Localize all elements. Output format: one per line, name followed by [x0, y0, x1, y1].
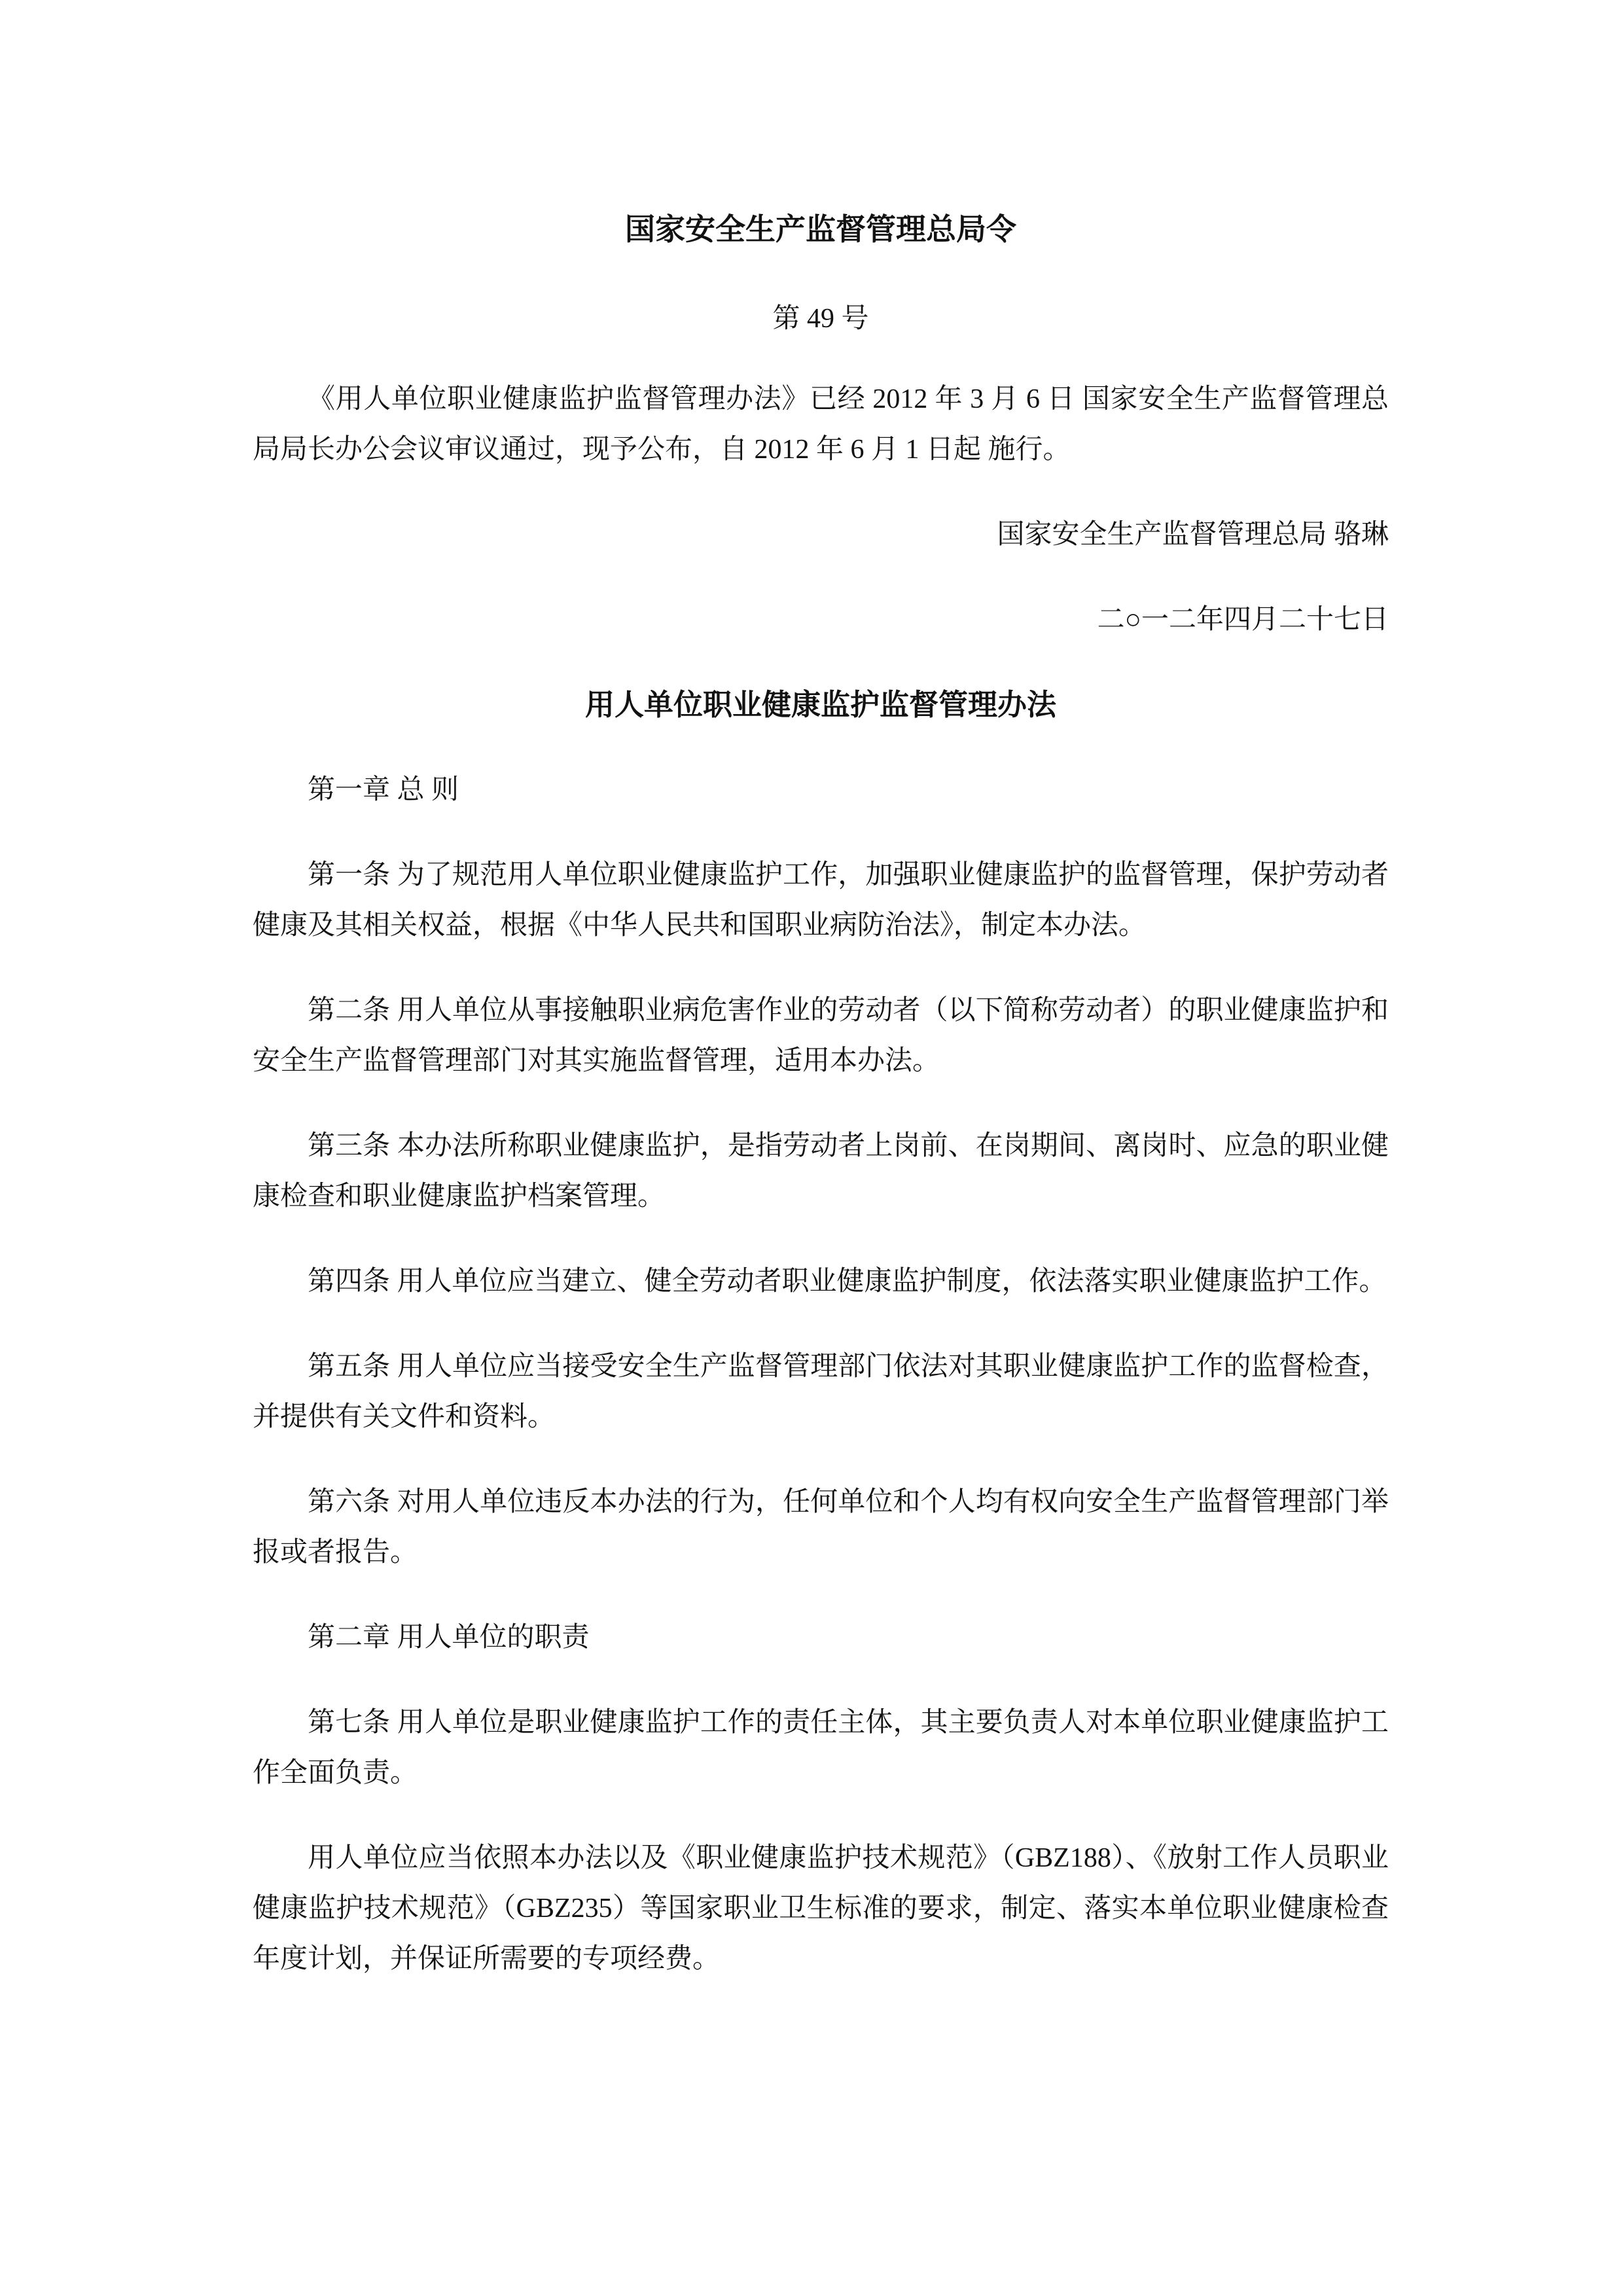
article-paragraph: 第二条 用人单位从事接触职业病危害作业的劳动者（以下简称劳动者）的职业健康监护和… — [253, 986, 1389, 1086]
signature-line: 国家安全生产监督管理总局 骆琳 — [253, 510, 1389, 560]
article-paragraph: 第六条 对用人单位违反本办法的行为，任何单位和个人均有权向安全生产监督管理部门举… — [253, 1477, 1389, 1578]
doc-title: 国家安全生产监督管理总局令 — [253, 204, 1389, 255]
article-paragraph: 第一条 为了规范用人单位职业健康监护工作，加强职业健康监护的监督管理，保护劳动者… — [253, 850, 1389, 951]
article-paragraph: 第三条 本办法所称职业健康监护，是指劳动者上岗前、在岗期间、离岗时、应急的职业健… — [253, 1121, 1389, 1222]
doc-subtitle: 用人单位职业健康监护监督管理办法 — [253, 680, 1389, 730]
chapter-heading: 第二章 用人单位的职责 — [253, 1613, 1389, 1663]
article-paragraph: 用人单位应当依照本办法以及《职业健康监护技术规范》（GBZ188）、《放射工作人… — [253, 1833, 1389, 1984]
article-paragraph: 第七条 用人单位是职业健康监护工作的责任主体，其主要负责人对本单位职业健康监护工… — [253, 1698, 1389, 1799]
document-page: 国家安全生产监督管理总局令 第 49 号 《用人单位职业健康监护监督管理办法》已… — [0, 0, 1623, 2296]
article-paragraph: 第四条 用人单位应当建立、健全劳动者职业健康监护制度，依法落实职业健康监护工作。 — [253, 1257, 1389, 1307]
date-line: 二○一二年四月二十七日 — [253, 595, 1389, 645]
article-paragraph: 第五条 用人单位应当接受安全生产监督管理部门依法对其职业健康监护工作的监督检查，… — [253, 1342, 1389, 1443]
doc-issue-number: 第 49 号 — [253, 294, 1389, 344]
preamble-paragraph: 《用人单位职业健康监护监督管理办法》已经 2012 年 3 月 6 日 国家安全… — [253, 374, 1389, 475]
chapter-heading: 第一章 总 则 — [253, 765, 1389, 816]
